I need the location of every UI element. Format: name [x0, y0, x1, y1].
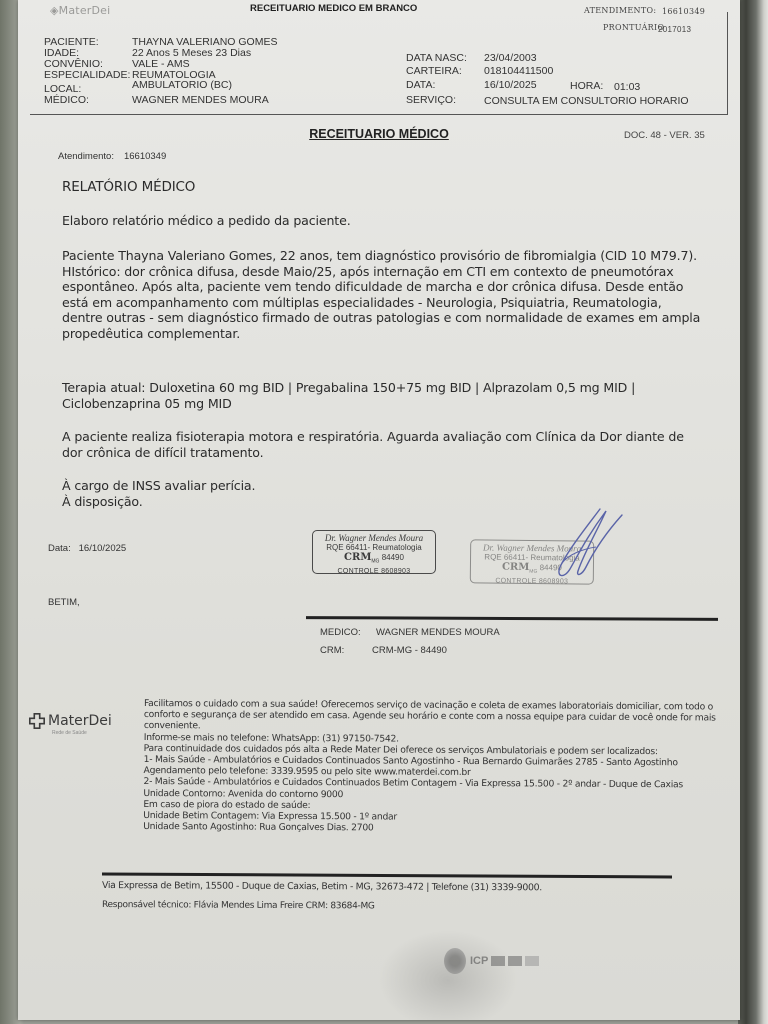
birthdate-label: DATA NASC:	[406, 53, 467, 65]
signer-medico-value: WAGNER MENDES MOURA	[376, 627, 500, 638]
signature-date: Data: 16/10/2025	[48, 543, 126, 554]
doctor-label: MÉDICO:	[44, 95, 89, 107]
icp-logo-text: ICP	[470, 955, 488, 967]
signer-crm-label: CRM:	[320, 645, 344, 656]
certification-badge-icon	[525, 956, 539, 966]
stamp-crm-prefix: CRM	[344, 552, 371, 563]
footer-info: Facilitamos o cuidado com a sua saúde! O…	[143, 698, 734, 836]
certification-badge-icon	[508, 956, 522, 966]
footer-divider	[102, 873, 672, 878]
report-diagnosis-history: Paciente Thayna Valeriano Gomes, 22 anos…	[62, 248, 702, 342]
signature-date-value: 16/10/2025	[79, 543, 127, 554]
footer-logo-subtitle: Rede de Saúde	[52, 730, 87, 736]
city: BETIM,	[48, 597, 80, 608]
date-value: 16/10/2025	[484, 80, 537, 92]
footer-line: Unidade Santo Agostinho: Rua Gonçalves D…	[143, 821, 733, 836]
report-heading: RELATÓRIO MÉDICO	[62, 180, 702, 196]
stamp-crm: CRMMG 84490	[313, 553, 435, 567]
footer-logo: MaterDei	[28, 712, 112, 730]
stamp-name: Dr. Wagner Mendes Moura	[313, 533, 435, 543]
card-value: 018104411500	[484, 66, 553, 78]
service-value: CONSULTA EM CONSULTORIO HORARIO	[484, 96, 689, 108]
time-label: HORA:	[570, 81, 603, 93]
card-label: CARTEIRA:	[406, 66, 462, 78]
location-value: AMBULATORIO (BC)	[132, 80, 232, 92]
doctor-stamp: Dr. Wagner Mendes Moura RQE 66411- Reuma…	[312, 530, 436, 574]
footer-line: Facilitamos o cuidado com a sua saúde! O…	[144, 698, 734, 735]
stamp-rqe: RQE 66411- Reumatologia	[313, 543, 435, 553]
atendimento-line: Atendimento:16610349	[58, 151, 166, 162]
brazil-seal-icon	[444, 948, 466, 974]
time-value: 01:03	[614, 82, 640, 94]
footer-responsible: Responsável técnico: Flávia Mendes Lima …	[102, 900, 375, 911]
certification-badge-icon	[491, 956, 505, 966]
stamp-crm-state: MG	[371, 559, 379, 565]
document-version: DOC. 48 - VER. 35	[624, 130, 705, 141]
atendimento-label: Atendimento:	[58, 151, 114, 162]
report-history: HIstórico: dor crônica difusa, desde Mai…	[62, 264, 702, 342]
stamp-crm-number: 84490	[382, 553, 404, 562]
signer-medico-label: MEDICO:	[320, 627, 361, 638]
service-label: SERVIÇO:	[406, 95, 456, 107]
signature-date-label: Data:	[48, 543, 71, 554]
report-therapy: Terapia atual: Duloxetina 60 mg BID | Pr…	[62, 380, 702, 411]
report-diagnosis: Paciente Thayna Valeriano Gomes, 22 anos…	[62, 248, 702, 264]
birthdate-value: 23/04/2003	[484, 53, 537, 65]
stamp-crm-state: MG	[529, 569, 537, 575]
stamp-control: CONTROLE 8608903	[313, 567, 435, 577]
handwritten-signature	[538, 505, 628, 585]
footer-address: Via Expressa de Betim, 15500 - Duque de …	[102, 880, 542, 893]
medical-document: ◈MaterDei RECEITUARIO MEDICO EM BRANCO A…	[18, 0, 740, 1020]
specialty-label: ESPECIALIDADE:	[44, 70, 130, 82]
footer-logo-text: MaterDei	[48, 713, 112, 729]
signer-crm-value: CRM-MG - 84490	[372, 645, 447, 656]
stamp-crm-prefix: CRM	[502, 562, 529, 573]
doctor-value: WAGNER MENDES MOURA	[132, 95, 269, 107]
signature-line	[306, 616, 718, 620]
report-inss: À cargo de INSS avaliar perícia.	[62, 478, 702, 494]
background-surface	[738, 0, 768, 1024]
cross-icon	[28, 712, 46, 730]
date-label: DATA:	[406, 80, 435, 92]
atendimento-value: 16610349	[124, 151, 166, 162]
report-intro: Elaboro relatório médico a pedido da pac…	[62, 213, 702, 229]
icp-certification: ICP	[444, 948, 539, 974]
report-physiotherapy: A paciente realiza fisioterapia motora e…	[62, 429, 702, 460]
